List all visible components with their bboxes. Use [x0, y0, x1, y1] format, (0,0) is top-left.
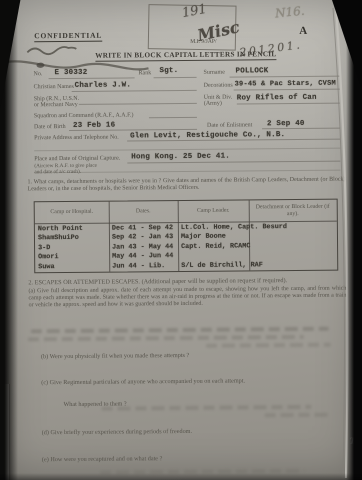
- bleed-through-smudge: [28, 335, 304, 341]
- question-2b: (b) Were you physically fit when you mad…: [41, 352, 189, 360]
- field-surname-label: Surname: [204, 70, 225, 76]
- field-line: [262, 128, 340, 130]
- field-line: [79, 103, 197, 105]
- field-squadron-label: Squadron and Command (R.A.F., A.A.F.): [34, 112, 134, 119]
- bleed-through-smudge: [206, 343, 331, 348]
- header-detachment-leader: Detachment or Block Leader (if any).: [249, 200, 337, 222]
- form-title-text: WRITE IN BLOCK CAPITAL LETTERS IN PENCIL: [95, 50, 276, 62]
- question-2a: (a) Give full description and approx. da…: [28, 286, 346, 309]
- pencil-note: N16.: [274, 4, 305, 21]
- header-camp-or-hospital: Camp or Hospital.: [35, 202, 109, 224]
- photo-edge-bottom: [0, 473, 362, 480]
- question-2c: (c) Give Regimental particulars of anyon…: [41, 377, 245, 386]
- field-ship-label2: or Merchant Navy: [34, 102, 78, 108]
- camps-table-body: North Point Dec 41 - Sep 42 Lt.Col. Home…: [35, 222, 337, 273]
- header-camp-leader: Camp Leader.: [178, 200, 249, 222]
- field-line: [230, 76, 340, 78]
- field-line: [237, 103, 340, 105]
- field-no-label: No.: [34, 71, 43, 77]
- mi9-reference: M.I. 9/JAP/: [190, 39, 216, 45]
- form-title: WRITE IN BLOCK CAPITAL LETTERS IN PENCIL: [58, 50, 313, 60]
- field-line: [34, 148, 340, 152]
- question-2d: (d) Give briefly your experiences during…: [42, 428, 192, 436]
- table-cell: Jun 44 - Lib.: [109, 262, 178, 272]
- field-capture-value: Hong Kong. 25 Dec 41.: [131, 153, 230, 162]
- table-cell: Suwa: [35, 262, 109, 272]
- field-capture-label: Place and Date of Original Capture.: [34, 156, 120, 163]
- bleed-through-smudge: [31, 327, 329, 334]
- field-dob-label: Date of Birth: [34, 124, 66, 130]
- field-unit-value: Roy Rifles of Can: [237, 94, 317, 103]
- field-line: [234, 89, 340, 91]
- field-rank-value: Sgt.: [159, 67, 178, 75]
- field-address-label: Private Address and Telephone No.: [34, 135, 119, 142]
- camps-table-header: Camp or Hospital. Dates. Camp Leader. De…: [35, 200, 337, 224]
- field-enlistment-label: Date of Enlistment: [207, 122, 252, 128]
- camps-table: Camp or Hospital. Dates. Camp Leader. De…: [34, 199, 339, 274]
- bleed-through-smudge: [101, 405, 311, 411]
- document-photo: CONFIDENTIAL 191 Misc M.I. 9/JAP/ N16. A…: [0, 0, 362, 480]
- field-surname-value: POLLOCK: [235, 67, 268, 75]
- table-cell: [249, 260, 337, 270]
- table-cell: S/L de Birchill, RAF: [178, 261, 249, 271]
- field-rank-label: Rank: [139, 70, 152, 76]
- question-2e: (e) How were you recaptured and on what …: [42, 455, 162, 463]
- question-1: 1. What camps, detachments or hospitals …: [27, 177, 345, 194]
- question-2-heading: 2. ESCAPES OR ATTEMPTED ESCAPES. (Additi…: [28, 277, 348, 287]
- field-line: [154, 77, 197, 78]
- field-christian-names-label: Christian Names: [34, 84, 74, 90]
- confidential-stamp: CONFIDENTIAL: [34, 31, 102, 43]
- field-decorations-value: 39-45 & Pac Stars, CVSM: [235, 80, 336, 89]
- field-unit-label2: (Army): [204, 101, 222, 107]
- bleed-through-smudge: [265, 413, 332, 418]
- field-no-value: E 30332: [55, 69, 88, 77]
- classification-letter: A: [299, 25, 307, 37]
- field-christian-names-value: Charles J.W.: [75, 81, 131, 89]
- questionnaire-page: CONFIDENTIAL 191 Misc M.I. 9/JAP/ N16. A…: [0, 0, 362, 480]
- header-dates: Dates.: [109, 201, 178, 223]
- field-line: [72, 90, 197, 92]
- field-decorations-label: Decorations: [204, 83, 233, 89]
- field-line: [69, 129, 197, 131]
- field-line: [149, 117, 197, 118]
